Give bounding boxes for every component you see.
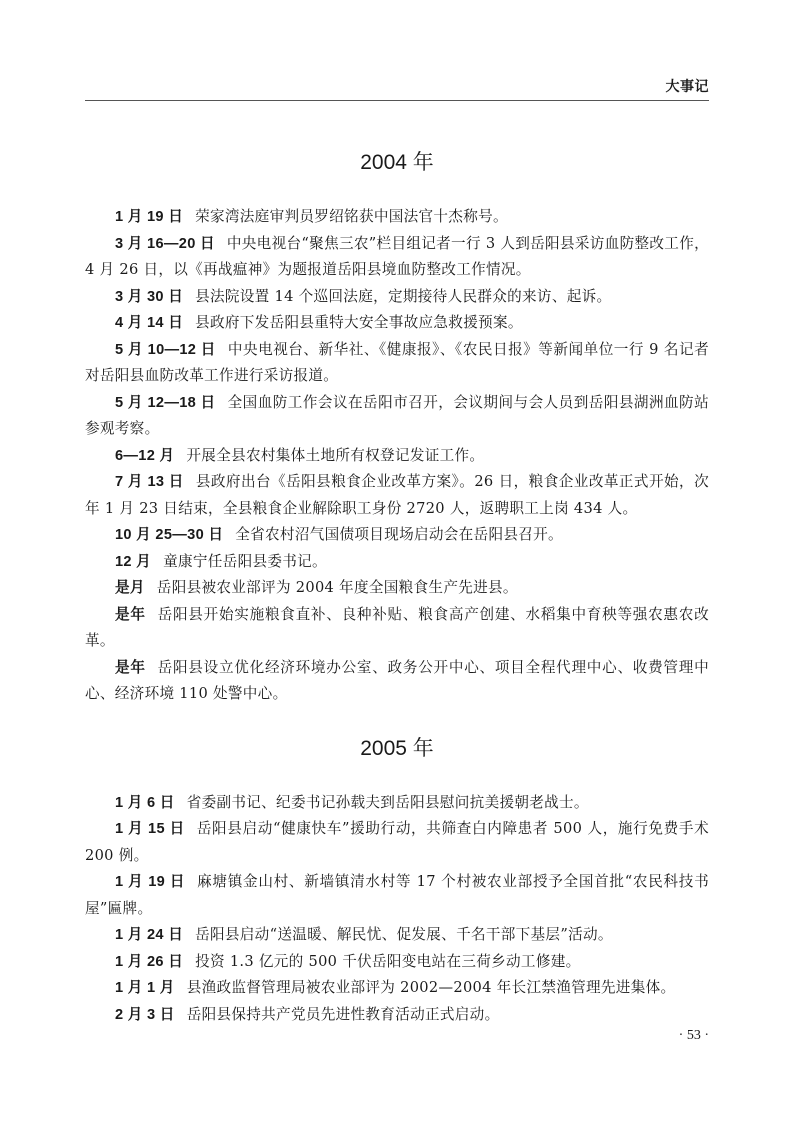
chronicle-entry: 10 月 25—30 日全省农村沼气国债项目现场启动会在岳阳县召开。 bbox=[85, 522, 709, 549]
chronicle-entry: 是年岳阳县设立优化经济环境办公室、政务公开中心、项目全程代理中心、收费管理中心、… bbox=[85, 655, 709, 708]
chronicle-entry: 5 月 10—12 日中央电视台、新华社、《健康报》、《农民日报》等新闻单位一行… bbox=[85, 337, 709, 390]
year-heading-2005: 2005 年 bbox=[85, 734, 709, 764]
entry-date: 1 月 15 日 bbox=[115, 821, 185, 837]
entry-date: 是月 bbox=[115, 580, 145, 596]
entry-text: 荣家湾法庭审判员罗绍铭获中国法官十杰称号。 bbox=[195, 208, 508, 225]
entry-date: 5 月 12—18 日 bbox=[115, 395, 216, 411]
entry-date: 是年 bbox=[115, 607, 146, 623]
chronicle-entry: 是月岳阳县被农业部评为 2004 年度全国粮食生产先进县。 bbox=[85, 575, 709, 602]
entry-text: 童康宁任岳阳县委书记。 bbox=[163, 553, 327, 570]
chronicle-entry: 1 月 15 日岳阳县启动“健康快车”援助行动，共筛查白内障患者 500 人，施… bbox=[85, 816, 709, 869]
entry-date: 1 月 1 月 bbox=[115, 980, 175, 996]
entry-text: 投资 1.3 亿元的 500 千伏岳阳变电站在三荷乡动工修建。 bbox=[195, 953, 580, 970]
entry-text: 县法院设置 14 个巡回法庭，定期接待人民群众的来访、起诉。 bbox=[195, 288, 611, 305]
entry-text: 全省农村沼气国债项目现场启动会在岳阳县召开。 bbox=[235, 526, 563, 543]
chronicle-entry: 1 月 19 日荣家湾法庭审判员罗绍铭获中国法官十杰称号。 bbox=[85, 204, 709, 231]
entry-date: 7 月 13 日 bbox=[115, 474, 184, 490]
running-head-title: 大事记 bbox=[666, 76, 710, 96]
chronicle-entry: 1 月 24 日岳阳县启动“送温暖、解民忧、促发展、千名干部下基层”活动。 bbox=[85, 922, 709, 949]
entry-date: 1 月 19 日 bbox=[115, 209, 183, 225]
entry-text: 省委副书记、纪委书记孙载夫到岳阳县慰问抗美援朝老战士。 bbox=[187, 794, 589, 811]
header-rule bbox=[85, 100, 709, 101]
entry-text: 开展全县农村集体土地所有权登记发证工作。 bbox=[186, 447, 484, 464]
chronicle-entry: 4 月 14 日县政府下发岳阳县重特大安全事故应急救援预案。 bbox=[85, 310, 709, 337]
page-content: 2004 年 1 月 19 日荣家湾法庭审判员罗绍铭获中国法官十杰称号。 3 月… bbox=[85, 148, 709, 1028]
entry-text: 岳阳县被农业部评为 2004 年度全国粮食生产先进县。 bbox=[157, 579, 518, 596]
entry-text: 岳阳县保持共产党员先进性教育活动正式启动。 bbox=[187, 1006, 500, 1023]
chronicle-entry: 6—12 月开展全县农村集体土地所有权登记发证工作。 bbox=[85, 443, 709, 470]
entry-date: 是年 bbox=[115, 660, 146, 676]
entry-date: 1 月 26 日 bbox=[115, 954, 183, 970]
entry-text: 县渔政监督管理局被农业部评为 2002—2004 年长江禁渔管理先进集体。 bbox=[187, 979, 676, 996]
entry-date: 2 月 3 日 bbox=[115, 1007, 175, 1023]
entry-text: 岳阳县启动“送温暖、解民忧、促发展、千名干部下基层”活动。 bbox=[195, 926, 613, 943]
entries-2005: 1 月 6 日省委副书记、纪委书记孙载夫到岳阳县慰问抗美援朝老战士。 1 月 1… bbox=[85, 790, 709, 1029]
entry-date: 4 月 14 日 bbox=[115, 315, 183, 331]
entries-2004: 1 月 19 日荣家湾法庭审判员罗绍铭获中国法官十杰称号。 3 月 16—20 … bbox=[85, 204, 709, 708]
chronicle-entry: 7 月 13 日县政府出台《岳阳县粮食企业改革方案》。26 日，粮食企业改革正式… bbox=[85, 469, 709, 522]
chronicle-entry: 1 月 26 日投资 1.3 亿元的 500 千伏岳阳变电站在三荷乡动工修建。 bbox=[85, 949, 709, 976]
chronicle-entry: 3 月 30 日县法院设置 14 个巡回法庭，定期接待人民群众的来访、起诉。 bbox=[85, 284, 709, 311]
chronicle-entry: 是年岳阳县开始实施粮食直补、良种补贴、粮食高产创建、水稻集中育秧等强农惠农改革。 bbox=[85, 602, 709, 655]
entry-text: 岳阳县设立优化经济环境办公室、政务公开中心、项目全程代理中心、收费管理中心、经济… bbox=[85, 659, 709, 703]
chronicle-entry: 12 月童康宁任岳阳县委书记。 bbox=[85, 549, 709, 576]
entry-date: 1 月 24 日 bbox=[115, 927, 183, 943]
entry-date: 3 月 30 日 bbox=[115, 289, 183, 305]
chronicle-entry: 5 月 12—18 日全国血防工作会议在岳阳市召开，会议期间与会人员到岳阳县湖洲… bbox=[85, 390, 709, 443]
chronicle-entry: 3 月 16—20 日中央电视台“聚焦三农”栏目组记者一行 3 人到岳阳县采访血… bbox=[85, 231, 709, 284]
entry-text: 县政府下发岳阳县重特大安全事故应急救援预案。 bbox=[195, 314, 523, 331]
entry-date: 5 月 10—12 日 bbox=[115, 342, 216, 358]
entry-text: 岳阳县开始实施粮食直补、良种补贴、粮食高产创建、水稻集中育秧等强农惠农改革。 bbox=[85, 606, 709, 650]
entry-date: 1 月 6 日 bbox=[115, 795, 175, 811]
chronicle-entry: 2 月 3 日岳阳县保持共产党员先进性教育活动正式启动。 bbox=[85, 1002, 709, 1029]
chronicle-entry: 1 月 1 月县渔政监督管理局被农业部评为 2002—2004 年长江禁渔管理先… bbox=[85, 975, 709, 1002]
chronicle-entry: 1 月 6 日省委副书记、纪委书记孙载夫到岳阳县慰问抗美援朝老战士。 bbox=[85, 790, 709, 817]
page-number: · 53 · bbox=[679, 1028, 709, 1044]
entry-date: 12 月 bbox=[115, 554, 151, 570]
entry-date: 3 月 16—20 日 bbox=[115, 236, 215, 252]
entry-date: 10 月 25—30 日 bbox=[115, 527, 223, 543]
chronicle-entry: 1 月 19 日麻塘镇金山村、新墙镇清水村等 17 个村被农业部授予全国首批“农… bbox=[85, 869, 709, 922]
entry-date: 1 月 19 日 bbox=[115, 874, 185, 890]
entry-date: 6—12 月 bbox=[115, 448, 174, 464]
year-heading-2004: 2004 年 bbox=[85, 148, 709, 178]
